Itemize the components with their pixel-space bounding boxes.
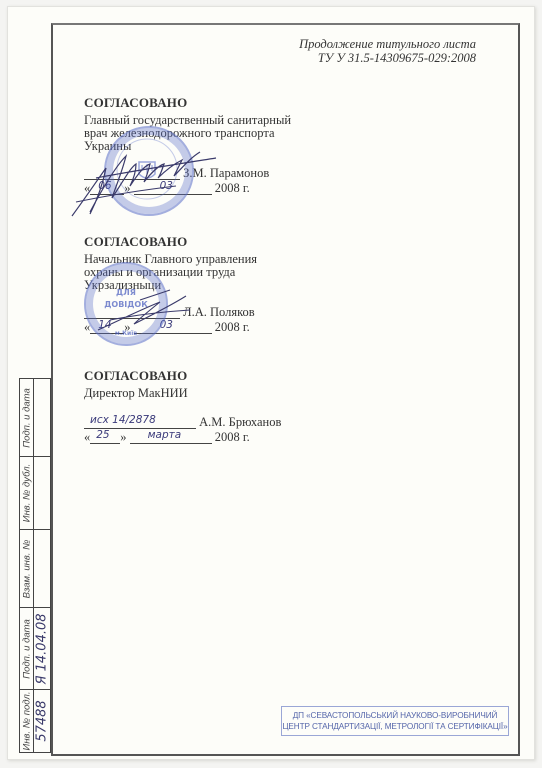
cell-label: Инв. № подл.	[20, 690, 34, 752]
position-line: Директор МакНИИ	[84, 387, 281, 400]
approval-title: СОГЛАСОВАНО	[84, 235, 257, 248]
cell-label: Взам. инв. №	[20, 530, 34, 607]
cell-label-text: Взам. инв. №	[21, 539, 32, 598]
cell-label-text: Подп. и дата	[21, 619, 32, 678]
cell-label-text: Подп. и дата	[21, 388, 32, 447]
cell-label-text: Инв. № дубл.	[21, 464, 32, 522]
cell-value: Я 14.04.08	[34, 608, 50, 689]
organization-stamp: ДП «СЕВАСТОПОЛЬСЬКИЙ НАУКОВО-ВИРОБНИЧИЙ …	[281, 706, 509, 736]
date-month: марта	[148, 429, 182, 442]
quote-close: »	[120, 430, 126, 444]
approval-title: СОГЛАСОВАНО	[84, 96, 291, 109]
date-day-line: 25	[90, 431, 120, 444]
signer-name: А.М. Брюханов	[199, 415, 281, 429]
signature-paramonov	[66, 142, 226, 222]
document-registration-table: Подп. и дата Инв. № дубл. Взам. инв. № П…	[19, 378, 51, 753]
outgoing-reference: исх 14/2878	[90, 414, 156, 427]
date-day: 25	[96, 429, 109, 442]
approval-title: СОГЛАСОВАНО	[84, 369, 281, 382]
margin-cell-replace-inv: Взам. инв. №	[20, 530, 50, 608]
margin-cell-original-inv: Инв. № подл. 57488	[20, 690, 50, 752]
cell-label-text: Инв. № подл.	[21, 692, 32, 751]
cell-value	[34, 379, 50, 456]
cell-value	[34, 530, 50, 607]
signature-polyakov	[90, 280, 200, 340]
cell-label: Подп. и дата	[20, 608, 34, 689]
date-year: 2008 г.	[215, 320, 250, 334]
signature-row: исх 14/2878 А.М. Брюханов	[84, 416, 281, 431]
cell-value-text: 57488	[35, 700, 50, 741]
margin-cell-sign-date-2: Подп. и дата Я 14.04.08	[20, 608, 50, 690]
header-line-2: ТУ У 31.5-14309675-029:2008	[299, 51, 476, 65]
cell-value-text: Я 14.04.08	[35, 613, 50, 684]
org-stamp-line-1: ДП «СЕВАСТОПОЛЬСЬКИЙ НАУКОВО-ВИРОБНИЧИЙ	[282, 710, 508, 721]
title-sheet-continuation: Продолжение титульного листа ТУ У 31.5-1…	[299, 37, 476, 65]
org-stamp-line-2: ЦЕНТР СТАНДАРТИЗАЦІЇ, МЕТРОЛОГІЇ ТА СЕРТ…	[282, 721, 508, 732]
date-year: 2008 г.	[215, 430, 250, 444]
cell-value: 57488	[34, 690, 50, 752]
margin-cell-sign-date: Подп. и дата	[20, 379, 50, 457]
header-line-1: Продолжение титульного листа	[299, 37, 476, 51]
approval-block-3: СОГЛАСОВАНО Директор МакНИИ исх 14/2878 …	[84, 369, 281, 446]
date-month-line: марта	[130, 431, 212, 444]
cell-value	[34, 457, 50, 529]
signature-line: исх 14/2878	[84, 416, 196, 429]
margin-cell-dup-inv: Инв. № дубл.	[20, 457, 50, 530]
date-row: «25» марта 2008 г.	[84, 431, 281, 446]
cell-label: Подп. и дата	[20, 379, 34, 456]
cell-label: Инв. № дубл.	[20, 457, 34, 529]
